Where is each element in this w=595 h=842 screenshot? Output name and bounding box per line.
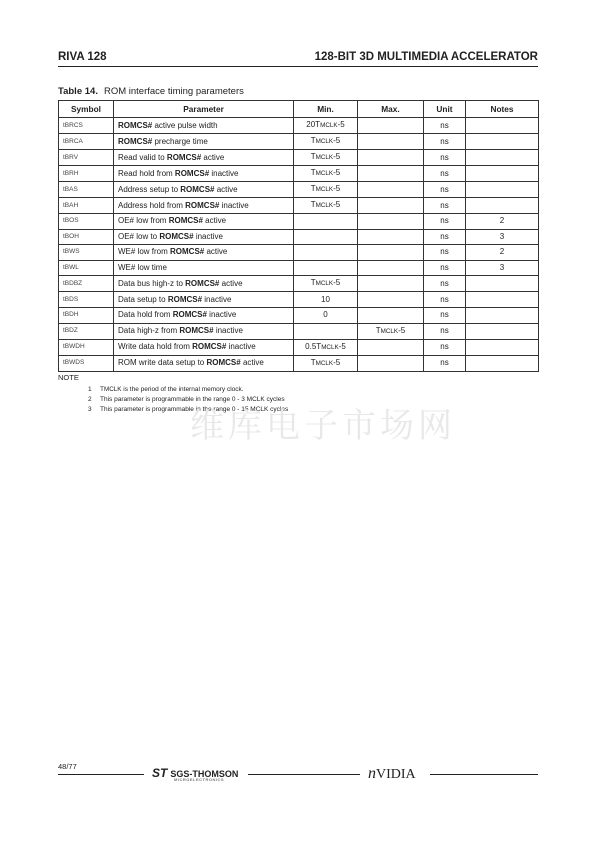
page-number: 48/77 [58,762,77,771]
doc-subtitle: 128-BIT 3D MULTIMEDIA ACCELERATOR [315,51,538,63]
unit-cell: ns [424,150,466,166]
symbol-cell: tBAH [59,198,114,214]
min-cell: TMCLK-5 [294,134,358,150]
unit-cell: ns [424,214,466,230]
symbol-cell: tBOS [59,214,114,230]
table-row: tBAHAddress hold from ROMCS# inactiveTMC… [59,198,539,214]
unit-cell: ns [424,166,466,182]
symbol-cell: tBOH [59,229,114,245]
max-cell [358,276,424,292]
notes-cell: 2 [466,245,539,261]
parameter-cell: Read valid to ROMCS# active [114,150,294,166]
footer-rule [430,774,538,775]
table-row: tBWLWE# low timens3 [59,260,539,276]
unit-cell: ns [424,276,466,292]
notes-cell [466,198,539,214]
max-cell [358,150,424,166]
notes-cell [466,166,539,182]
min-cell: TMCLK-5 [294,182,358,198]
table-row: tBWSWE# low from ROMCS# activens2 [59,245,539,261]
footer-rule [58,774,144,775]
max-cell [358,182,424,198]
min-cell: 20TMCLK-5 [294,118,358,134]
symbol-cell: tBRCA [59,134,114,150]
symbol-cell: tBDZ [59,323,114,339]
column-header: Min. [294,101,358,118]
parameter-cell: OE# low from ROMCS# active [114,214,294,230]
max-cell [358,307,424,323]
notes-cell [466,276,539,292]
table-header-row: SymbolParameterMin.Max.UnitNotes [59,101,539,118]
unit-cell: ns [424,307,466,323]
timing-table: SymbolParameterMin.Max.UnitNotes tBRCSRO… [58,100,539,372]
table-row: tBRCSROMCS# active pulse width20TMCLK-5n… [59,118,539,134]
notes-cell [466,150,539,166]
page-header: RIVA 128 128-BIT 3D MULTIMEDIA ACCELERAT… [58,50,538,67]
notes-cell [466,323,539,339]
symbol-cell: tBWS [59,245,114,261]
st-logo-icon: ST [152,766,167,780]
max-cell [358,245,424,261]
note-item: 1TMCLK is the period of the internal mem… [88,385,288,395]
min-cell: 10 [294,292,358,308]
symbol-cell: tBDBZ [59,276,114,292]
parameter-cell: Data high-z from ROMCS# inactive [114,323,294,339]
notes-cell [466,355,539,371]
min-cell: 0.5TMCLK-5 [294,339,358,355]
unit-cell: ns [424,118,466,134]
min-cell [294,260,358,276]
column-header: Unit [424,101,466,118]
column-header: Parameter [114,101,294,118]
unit-cell: ns [424,260,466,276]
table-title: ROM interface timing parameters [104,86,244,97]
parameter-cell: Write data hold from ROMCS# inactive [114,339,294,355]
table-row: tBDSData setup to ROMCS# inactive10ns [59,292,539,308]
unit-cell: ns [424,339,466,355]
symbol-cell: tBRV [59,150,114,166]
max-cell [358,339,424,355]
max-cell [358,214,424,230]
unit-cell: ns [424,292,466,308]
nvidia-logo: nVIDIA [368,765,416,783]
notes-cell [466,307,539,323]
parameter-cell: Address setup to ROMCS# active [114,182,294,198]
watermark: 维库电子市场网 [190,398,456,447]
notes-cell [466,339,539,355]
parameter-cell: ROMCS# precharge time [114,134,294,150]
page-footer: 48/77 STSGS-THOMSON MICROELECTRONICS nVI… [58,762,538,782]
parameter-cell: Address hold from ROMCS# inactive [114,198,294,214]
table-row: tBWDHWrite data hold from ROMCS# inactiv… [59,339,539,355]
table-row: tBOHOE# low to ROMCS# inactivens3 [59,229,539,245]
min-cell: TMCLK-5 [294,276,358,292]
parameter-cell: WE# low from ROMCS# active [114,245,294,261]
table-number: Table 14. [58,86,98,97]
notes-cell [466,134,539,150]
table-row: tBASAddress setup to ROMCS# activeTMCLK-… [59,182,539,198]
unit-cell: ns [424,182,466,198]
min-cell: 0 [294,307,358,323]
unit-cell: ns [424,198,466,214]
doc-title: RIVA 128 [58,51,107,63]
max-cell [358,198,424,214]
max-cell [358,229,424,245]
min-cell [294,323,358,339]
table-row: tBWDSROM write data setup to ROMCS# acti… [59,355,539,371]
max-cell [358,260,424,276]
symbol-cell: tBRH [59,166,114,182]
min-cell: TMCLK-5 [294,198,358,214]
symbol-cell: tBWDS [59,355,114,371]
min-cell [294,229,358,245]
table-row: tBRVRead valid to ROMCS# activeTMCLK-5ns [59,150,539,166]
parameter-cell: Read hold from ROMCS# inactive [114,166,294,182]
min-cell: TMCLK-5 [294,166,358,182]
table-row: tBDBZData bus high-z to ROMCS# activeTMC… [59,276,539,292]
unit-cell: ns [424,245,466,261]
st-logo: STSGS-THOMSON MICROELECTRONICS [152,766,238,782]
notes-cell: 2 [466,214,539,230]
notes-cell: 3 [466,229,539,245]
table-caption: Table 14.ROM interface timing parameters [58,86,244,97]
min-cell: TMCLK-5 [294,150,358,166]
footer-rule [248,774,360,775]
max-cell [358,118,424,134]
table-row: tBRHRead hold from ROMCS# inactiveTMCLK-… [59,166,539,182]
unit-cell: ns [424,134,466,150]
notes-cell: 3 [466,260,539,276]
symbol-cell: tBRCS [59,118,114,134]
table-row: tBRCAROMCS# precharge timeTMCLK-5ns [59,134,539,150]
min-cell [294,245,358,261]
parameter-cell: OE# low to ROMCS# inactive [114,229,294,245]
notes-cell [466,118,539,134]
parameter-cell: ROMCS# active pulse width [114,118,294,134]
symbol-cell: tBDH [59,307,114,323]
max-cell [358,134,424,150]
max-cell [358,166,424,182]
table-row: tBDZData high-z from ROMCS# inactiveTMCL… [59,323,539,339]
parameter-cell: Data hold from ROMCS# inactive [114,307,294,323]
symbol-cell: tBWDH [59,339,114,355]
notes-cell [466,292,539,308]
column-header: Notes [466,101,539,118]
symbol-cell: tBAS [59,182,114,198]
max-cell: TMCLK-5 [358,323,424,339]
column-header: Symbol [59,101,114,118]
parameter-cell: WE# low time [114,260,294,276]
min-cell: TMCLK-5 [294,355,358,371]
unit-cell: ns [424,229,466,245]
table-row: tBDHData hold from ROMCS# inactive0ns [59,307,539,323]
max-cell [358,292,424,308]
symbol-cell: tBDS [59,292,114,308]
symbol-cell: tBWL [59,260,114,276]
note-heading: NOTE [58,373,79,382]
parameter-cell: Data setup to ROMCS# inactive [114,292,294,308]
column-header: Max. [358,101,424,118]
parameter-cell: ROM write data setup to ROMCS# active [114,355,294,371]
table-row: tBOSOE# low from ROMCS# activens2 [59,214,539,230]
unit-cell: ns [424,323,466,339]
notes-cell [466,182,539,198]
max-cell [358,355,424,371]
unit-cell: ns [424,355,466,371]
parameter-cell: Data bus high-z to ROMCS# active [114,276,294,292]
min-cell [294,214,358,230]
